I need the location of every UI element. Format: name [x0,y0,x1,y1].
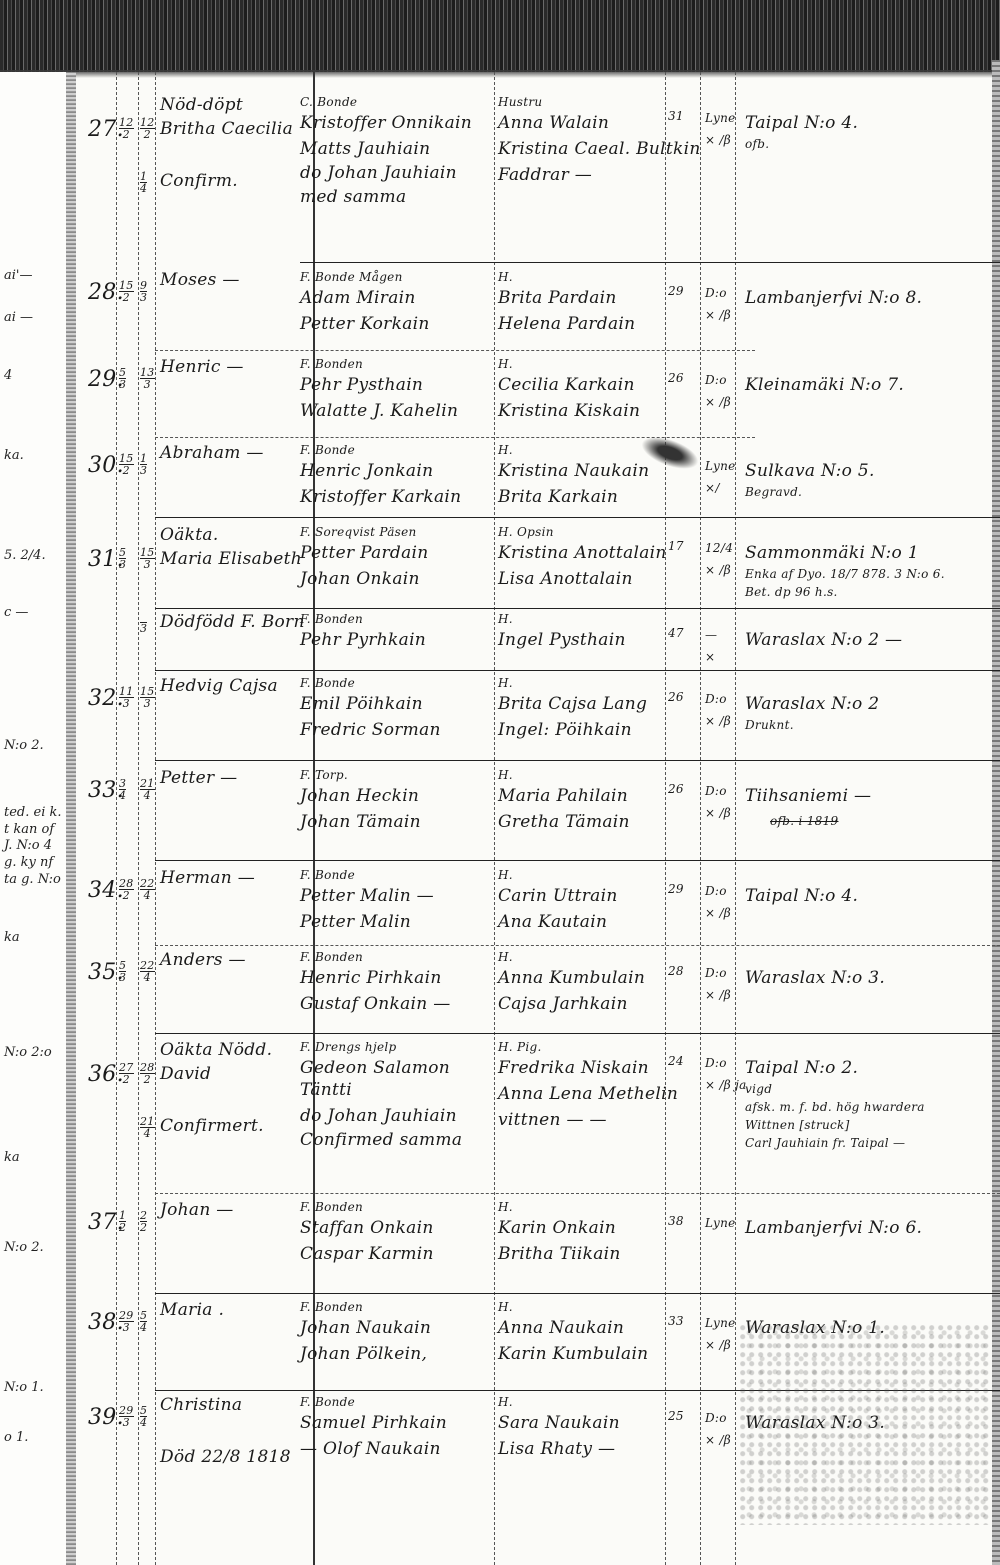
remark: Wittnen [struck] [745,1118,850,1132]
father-title: F. Bonden [300,950,363,964]
father-name: Adam Mirain [300,288,416,308]
sponsor-name: Fredric Sorman [300,720,441,740]
father-name: Petter Malin — [300,886,434,906]
vaccination-mark: × /β [705,395,731,409]
baptism-date: 153 [140,547,155,570]
mother-title: H. [498,1395,513,1409]
birth-date: 53 [119,547,126,570]
note-date: 14 [140,171,147,194]
vaccination-mark: × /β [705,906,731,920]
birth-date: 293 [119,1310,134,1333]
mother-name: Helena Pardain [498,314,635,334]
margin-note: ted. ei k. [4,805,62,820]
column-rule-mother [665,72,666,1565]
birth-date: 293 [119,1405,134,1428]
column-rule-baptism-date [155,72,156,1565]
sponsor-name: Gustaf Onkain — [300,994,451,1014]
father-name: Pehr Pysthain [300,375,423,395]
father-title: F. Bonde [300,443,355,457]
mother-name: Kristina Naukain [498,461,649,481]
legitimacy-mark: D:o [705,692,727,706]
mother-age: 26 [668,690,684,704]
scan-dark-border-right [992,60,1000,1565]
baptism-date: 133 [140,367,155,390]
vaccination-mark: × /β [705,1338,731,1352]
child-name: David [160,1064,211,1084]
entry-separator [300,262,1000,263]
scan-noise [740,1325,990,1525]
mother-title: H. [498,768,513,782]
margin-note: o 1. [4,1430,28,1445]
mother-name: Kristina Caeal. Bultkin [498,139,701,159]
residence: Waraslax N:o 3. [745,968,885,988]
remark: Bet. dp 96 h.s. [745,585,838,599]
birth-date: 53 [119,367,126,390]
child-name: Abraham — [160,443,264,463]
column-rule-birth-date [138,72,139,1565]
mother-age: 29 [668,284,684,298]
child-note: Confirmert. [160,1116,264,1136]
father-name: Kristoffer Onnikain [300,113,472,133]
mother-title: H. [498,1300,513,1314]
remark: vigd [745,1082,772,1096]
entry-separator [155,670,1000,671]
entry-separator [155,608,1000,609]
remark: Enka af Dyo. 18/7 878. 3 N:o 6. [745,567,945,581]
sponsor-name: — Olof Naukain [300,1439,441,1459]
margin-note: ta g. N:o [4,872,61,887]
mother-age: 28 [668,964,684,978]
residence: Lambanjerfvi N:o 8. [745,288,922,308]
father-name: Emil Pöihkain [300,694,423,714]
child-name: Anders — [160,950,246,970]
sponsor-name: Johan Onkain [300,569,420,589]
father-title: F. Bonde Mågen [300,270,403,284]
legitimacy-mark: D:o [705,966,727,980]
vaccination-mark: × /β [705,1433,731,1447]
margin-note: ai — [4,310,33,325]
sponsor-name: Walatte J. Kahelin [300,401,458,421]
legitimacy-mark: D:o [705,884,727,898]
mother-name: Ingel: Pöihkain [498,720,632,740]
residence: Sulkava N:o 5. [745,461,875,481]
legitimacy-mark: D:o [705,784,727,798]
margin-note: J. N:o 4 [4,838,52,853]
mother-age: 47 [668,626,684,640]
legitimacy-mark: — [705,628,717,642]
note-date: 214 [140,1116,155,1139]
vaccination-mark: × /β ja [705,1078,747,1092]
legitimacy-mark: Lyne [705,111,736,125]
birth-date: 34 [119,778,126,801]
sponsor-name: do Johan Jauhiain [300,1106,457,1126]
mother-title: H. [498,676,513,690]
child-name: Johan — [160,1200,234,1220]
entry-separator [155,517,1000,518]
mother-name: Lisa Anottalain [498,569,633,589]
margin-note: 5. 2/4. [4,548,46,563]
birth-date: 53 [119,960,126,983]
baptism-date: 54 [140,1310,147,1333]
residence: Waraslax N:o 2 [745,694,879,714]
mother-title: H. Opsin [498,525,554,539]
scan-dark-border-top [0,0,1000,72]
mother-name: Brita Karkain [498,487,618,507]
residence: Tiihsaniemi — [745,786,871,806]
margin-note: N:o 2:o [4,1045,52,1060]
residence: Lambanjerfvi N:o 6. [745,1218,922,1238]
baptism-date: 122 [140,117,155,140]
sponsor-name: Caspar Karmin [300,1244,434,1264]
vaccination-mark: × [705,650,715,664]
vaccination-mark: × /β [705,806,731,820]
mother-name: Maria Pahilain [498,786,628,806]
struck-remark: ofb. i 1819 [770,814,838,828]
child-note: Confirm. [160,171,238,191]
father-name: Täntti [300,1080,352,1100]
birth-date: 272 [119,1062,134,1085]
birth-date: 113 [119,686,134,709]
vaccination-mark: × /β [705,133,731,147]
residence: Kleinamäki N:o 7. [745,375,904,395]
margin-note: N:o 2. [4,738,44,753]
mother-title: H. [498,950,513,964]
witness-label: Faddrar — [498,165,592,185]
birth-date: 12 [119,1210,126,1233]
entry-separator [155,1193,1000,1194]
mother-age: 26 [668,782,684,796]
baptism-date: 93 [140,280,147,303]
legitimacy-mark: Lyne [705,459,736,473]
child-name: Petter — [160,768,237,788]
mother-title: H. [498,443,513,457]
entry-separator [155,945,1000,946]
column-rule-marks [735,72,736,1565]
remark: Carl Jauhiain fr. Taipal — [745,1136,905,1150]
father-title: F. Bonden [300,1300,363,1314]
mother-name: Karin Kumbulain [498,1344,648,1364]
margin-note: ka [4,930,20,945]
child-name: Hedvig Cajsa [160,676,278,696]
mother-age: 24 [668,1054,684,1068]
child-name: Oäkta Nödd. [160,1040,272,1060]
mother-name: Anna Naukain [498,1318,624,1338]
witness-label: vittnen — — [498,1110,607,1130]
child-name: Dödfödd F. Born [160,612,305,632]
entry-separator [155,1293,1000,1294]
mother-title: H. [498,612,513,626]
entry-separator [155,860,1000,861]
child-name: Nöd-döpt [160,95,243,115]
father-name: Johan Naukain [300,1318,431,1338]
sponsor-name: Kristoffer Karkain [300,487,461,507]
father-name: Henric Jonkain [300,461,433,481]
birth-date: 152 [119,453,134,476]
sponsor-name: Confirmed samma [300,1130,462,1150]
baptism-date: 282 [140,1062,155,1085]
baptism-date: 3 [140,622,147,634]
remark: Begravd. [745,485,802,499]
sponsor-name: Johan Pölkein, [300,1344,427,1364]
mother-age: 17 [668,539,684,553]
vaccination-mark: × /β [705,308,731,322]
father-name: Henric Pirhkain [300,968,442,988]
column-rule-age [700,72,701,1565]
legitimacy-mark: D:o [705,373,727,387]
father-title: F. Bonde [300,1395,355,1409]
baptism-date: 13 [140,453,147,476]
mother-title: H. [498,357,513,371]
legitimacy-mark: D:o [705,286,727,300]
birth-date: 282 [119,878,134,901]
margin-note: 4 [4,368,12,383]
mother-age: 38 [668,1214,684,1228]
mother-name: Kristina Anottalain [498,543,667,563]
mother-title: H. [498,270,513,284]
father-title: C. Bonde [300,95,357,109]
mother-name: Cajsa Jarhkain [498,994,628,1014]
father-name: Johan Heckin [300,786,419,806]
mother-name: Anna Kumbulain [498,968,645,988]
residence: Taipal N:o 4. [745,886,858,906]
margin-note: ai'— [4,268,32,283]
sponsor-name: Matts Jauhiain [300,139,430,159]
mother-name: Lisa Rhaty — [498,1439,615,1459]
mother-name: Sara Naukain [498,1413,620,1433]
residence: Waraslax N:o 2 — [745,630,902,650]
margin-note: ka [4,1150,20,1165]
child-name: Maria . [160,1300,224,1320]
mother-title: H. [498,868,513,882]
vaccination-mark: × /β [705,563,731,577]
mother-age: 33 [668,1314,684,1328]
baptism-date: 54 [140,1405,147,1428]
child-name: Britha Caecilia [160,119,293,139]
baptism-date: 22 [140,1210,147,1233]
child-note: Död 22/8 1818 [160,1447,291,1467]
vaccination-mark: × /β [705,988,731,1002]
baptism-date: 224 [140,960,155,983]
child-name: Moses — [160,270,240,290]
baptism-date: 214 [140,778,155,801]
residence: Taipal N:o 4. [745,113,858,133]
father-title: F. Bonden [300,1200,363,1214]
mother-name: Karin Onkain [498,1218,616,1238]
sponsor-name: med samma [300,187,406,207]
mother-age: 25 [668,1409,684,1423]
mother-name: Brita Pardain [498,288,617,308]
father-title: F. Bonden [300,357,363,371]
residence: Taipal N:o 2. [745,1058,858,1078]
father-title: F. Soreqvist Päsen [300,525,417,539]
birth-date: 152 [119,280,134,303]
mother-name: Kristina Kiskain [498,401,640,421]
mother-name: Ana Kautain [498,912,607,932]
father-title: F. Bonde [300,868,355,882]
mother-name: Gretha Tämain [498,812,630,832]
mother-age: 29 [668,882,684,896]
mother-name: Carin Uttrain [498,886,618,906]
mother-name: Ingel Pysthain [498,630,626,650]
mother-title: H. Pig. [498,1040,542,1054]
father-title: F. Bonden [300,612,363,626]
father-title: F. Bonde [300,676,355,690]
child-name: Herman — [160,868,255,888]
remark: Druknt. [745,718,794,732]
child-name: Oäkta. [160,525,219,545]
baptism-date: 224 [140,878,155,901]
margin-note: ka. [4,448,24,463]
margin-note: g. ky nf [4,855,53,870]
baptism-date: 153 [140,686,155,709]
entry-separator [155,350,755,351]
remark: ofb. [745,137,769,151]
mother-name: Cecilia Karkain [498,375,635,395]
entry-separator [155,760,1000,761]
birth-date: 122 [119,117,134,140]
child-name: Maria Elisabeth [160,549,302,569]
father-name: Pehr Pyrhkain [300,630,426,650]
sponsor-name: do Johan Jauhiain [300,163,457,183]
mother-name: Fredrika Niskain [498,1058,649,1078]
legitimacy-mark: D:o [705,1411,727,1425]
child-name: Christina [160,1395,242,1415]
mother-name: Anna Lena Methelin [498,1084,678,1104]
legitimacy-mark: Lyne [705,1316,736,1330]
father-name: Petter Pardain [300,543,429,563]
vaccination-mark: × /β [705,714,731,728]
margin-note: c — [4,605,28,620]
mother-name: Brita Cajsa Lang [498,694,647,714]
legitimacy-mark: Lyne [705,1216,736,1230]
vaccination-mark: ×/ [705,481,720,495]
margin-note: t kan of [4,822,54,837]
father-name: Samuel Pirhkain [300,1413,447,1433]
book-binding-shadow [66,72,76,1565]
legitimacy-mark: 12/4 [705,541,733,555]
father-title: F. Drengs hjelp [300,1040,397,1054]
sponsor-name: Petter Korkain [300,314,430,334]
mother-name: Britha Tiikain [498,1244,621,1264]
residence: Sammonmäki N:o 1 [745,543,919,563]
margin-note: N:o 2. [4,1240,44,1255]
mother-title: H. [498,1200,513,1214]
column-rule-father [494,72,495,1565]
mother-title: Hustru [498,95,542,109]
margin-note: N:o 1. [4,1380,44,1395]
legitimacy-mark: D:o [705,1056,727,1070]
sponsor-name: Petter Malin [300,912,411,932]
mother-name: Anna Walain [498,113,609,133]
father-name: Staffan Onkain [300,1218,434,1238]
sponsor-name: Johan Tämain [300,812,421,832]
father-title: F. Torp. [300,768,348,782]
father-name: Gedeon Salamon [300,1058,450,1078]
mother-age: 31 [668,109,684,123]
remark: afsk. m. f. bd. hög hwardera [745,1100,925,1114]
entry-separator [155,1033,1000,1034]
child-name: Henric — [160,357,244,377]
mother-age: 26 [668,371,684,385]
